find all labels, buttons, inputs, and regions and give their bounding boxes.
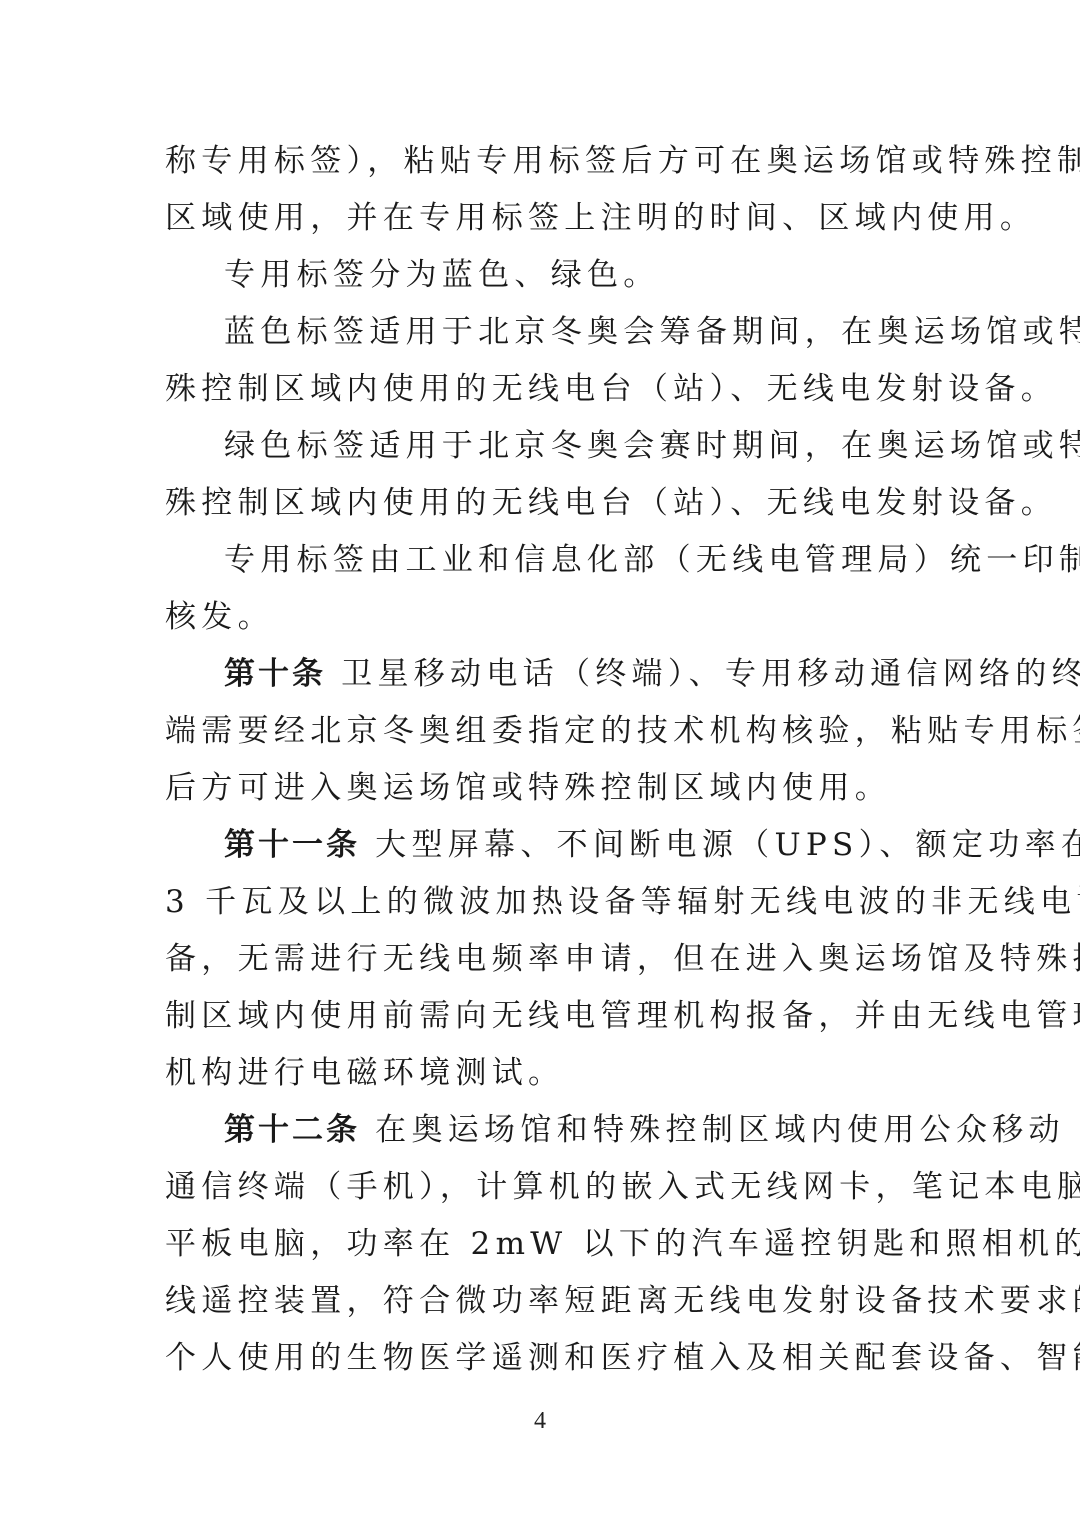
article-heading: 第十二条	[224, 1112, 360, 1148]
text-line: 殊控制区域内使用的无线电台（站）、无线电发射设备。	[165, 475, 917, 532]
line-text: 3 千瓦及以上的微波加热设备等辐射无线电波的非无线电设	[165, 884, 1080, 920]
article-heading: 第十一条	[224, 827, 360, 863]
line-text: 殊控制区域内使用的无线电台（站）、无线电发射设备。	[165, 485, 1057, 521]
line-text: 制区域内使用前需向无线电管理机构报备，并由无线电管理	[165, 998, 1080, 1034]
line-text: 专用标签分为蓝色、绿色。	[224, 257, 660, 293]
text-line: 后方可进入奥运场馆或特殊控制区域内使用。	[165, 760, 917, 817]
line-text: 区域使用，并在专用标签上注明的时间、区域内使用。	[165, 200, 1036, 236]
line-text: 在奥运场馆和特殊控制区域内使用公众移动	[360, 1112, 1065, 1148]
line-text: 称专用标签），粘贴专用标签后方可在奥运场馆或特殊控制	[165, 143, 1080, 179]
text-line: 线遥控装置，符合微功率短距离无线电发射设备技术要求的	[165, 1273, 917, 1330]
line-text: 蓝色标签适用于北京冬奥会筹备期间，在奥运场馆或特	[224, 314, 1080, 350]
line-text: 殊控制区域内使用的无线电台（站）、无线电发射设备。	[165, 371, 1057, 407]
text-line: 机构进行电磁环境测试。	[165, 1045, 917, 1102]
line-text: 专用标签由工业和信息化部（无线电管理局）统一印制	[224, 542, 1080, 578]
page-number: 4	[0, 1408, 1080, 1435]
line-text: 后方可进入奥运场馆或特殊控制区域内使用。	[165, 770, 891, 806]
line-text: 卫星移动电话（终端）、专用移动通信网络的终	[326, 656, 1080, 692]
paragraph-green-label: 绿色标签适用于北京冬奥会赛时期间，在奥运场馆或特	[165, 418, 917, 475]
paragraph-label-colors: 专用标签分为蓝色、绿色。	[165, 247, 917, 304]
text-line: 通信终端（手机），计算机的嵌入式无线网卡，笔记本电脑，	[165, 1159, 917, 1216]
line-text: 备，无需进行无线电频率申请，但在进入奥运场馆及特殊控	[165, 941, 1080, 977]
line-text: 线遥控装置，符合微功率短距离无线电发射设备技术要求的	[165, 1283, 1080, 1319]
text-line: 个人使用的生物医学遥测和医疗植入及相关配套设备、智能	[165, 1330, 917, 1387]
line-text: 端需要经北京冬奥组委指定的技术机构核验，粘贴专用标签	[165, 713, 1080, 749]
text-line: 端需要经北京冬奥组委指定的技术机构核验，粘贴专用标签	[165, 703, 917, 760]
article-heading: 第十条	[224, 656, 326, 692]
text-line: 殊控制区域内使用的无线电台（站）、无线电发射设备。	[165, 361, 917, 418]
text-line: 3 千瓦及以上的微波加热设备等辐射无线电波的非无线电设	[165, 874, 917, 931]
article-10: 第十条 卫星移动电话（终端）、专用移动通信网络的终	[165, 646, 917, 703]
text-line: 区域使用，并在专用标签上注明的时间、区域内使用。	[165, 190, 917, 247]
text-line: 备，无需进行无线电频率申请，但在进入奥运场馆及特殊控	[165, 931, 917, 988]
line-text: 大型屏幕、不间断电源（UPS）、额定功率在	[360, 827, 1080, 863]
text-line: 平板电脑，功率在 2mW 以下的汽车遥控钥匙和照相机的无	[165, 1216, 917, 1273]
text-line: 称专用标签），粘贴专用标签后方可在奥运场馆或特殊控制	[165, 133, 917, 190]
article-11: 第十一条 大型屏幕、不间断电源（UPS）、额定功率在	[165, 817, 917, 874]
line-text: 绿色标签适用于北京冬奥会赛时期间，在奥运场馆或特	[224, 428, 1080, 464]
text-line: 核发。	[165, 589, 917, 646]
document-body: 称专用标签），粘贴专用标签后方可在奥运场馆或特殊控制 区域使用，并在专用标签上注…	[165, 133, 917, 1387]
article-12: 第十二条 在奥运场馆和特殊控制区域内使用公众移动	[165, 1102, 917, 1159]
line-text: 核发。	[165, 599, 274, 635]
line-text: 平板电脑，功率在 2mW 以下的汽车遥控钥匙和照相机的无	[165, 1226, 1080, 1262]
paragraph-label-issuance: 专用标签由工业和信息化部（无线电管理局）统一印制	[165, 532, 917, 589]
line-text: 个人使用的生物医学遥测和医疗植入及相关配套设备、智能	[165, 1340, 1080, 1376]
line-text: 机构进行电磁环境测试。	[165, 1055, 564, 1091]
line-text: 通信终端（手机），计算机的嵌入式无线网卡，笔记本电脑，	[165, 1169, 1080, 1205]
paragraph-blue-label: 蓝色标签适用于北京冬奥会筹备期间，在奥运场馆或特	[165, 304, 917, 361]
text-line: 制区域内使用前需向无线电管理机构报备，并由无线电管理	[165, 988, 917, 1045]
